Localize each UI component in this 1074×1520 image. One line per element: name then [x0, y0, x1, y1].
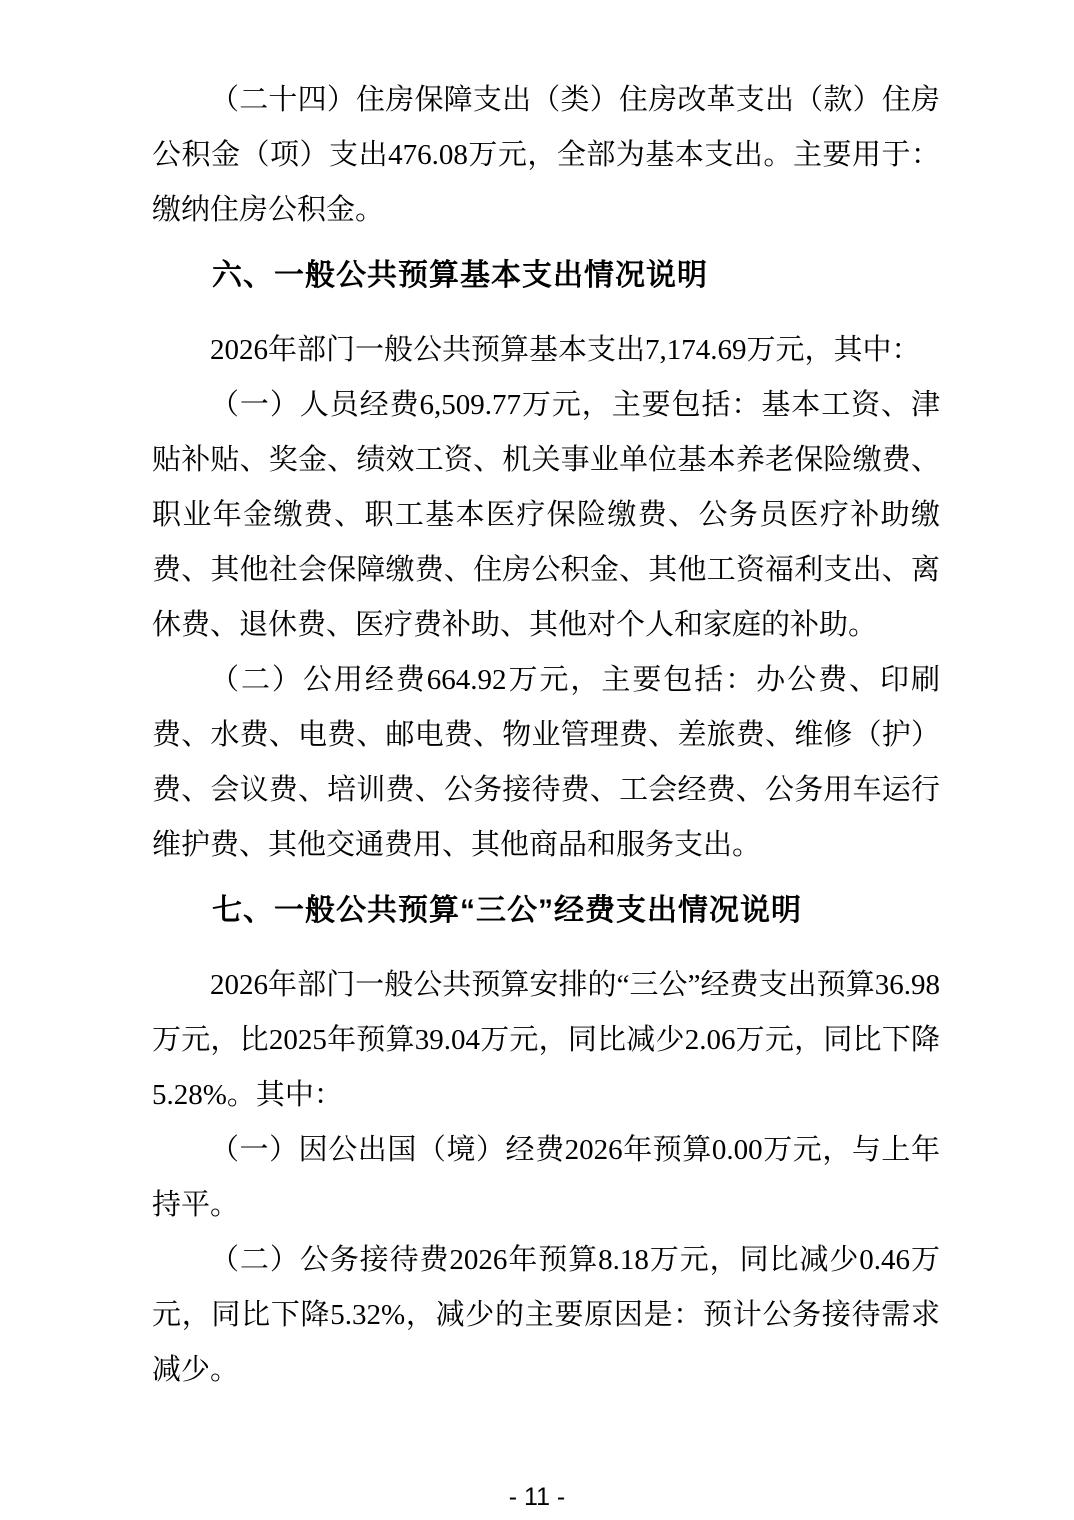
paragraph-basic-expenditure-total: 2026年部门一般公共预算基本支出7,174.69万元，其中： — [152, 323, 940, 378]
paragraph-personnel-funds: （一）人员经费6,509.77万元，主要包括：基本工资、津贴补贴、奖金、绩效工资… — [152, 378, 940, 653]
paragraph-public-funds: （二）公用经费664.92万元，主要包括：办公费、印刷费、水费、电费、邮电费、物… — [152, 653, 940, 873]
heading-section-7-three-public-funds: 七、一般公共预算“三公”经费支出情况说明 — [152, 883, 940, 938]
paragraph-housing-security-expenditure: （二十四）住房保障支出（类）住房改革支出（款）住房公积金（项）支出476.08万… — [152, 73, 940, 238]
page-number: - 11 - — [0, 1483, 1074, 1512]
paragraph-overseas-travel-funds: （一）因公出国（境）经费2026年预算0.00万元，与上年持平。 — [152, 1123, 940, 1233]
paragraph-official-reception-funds: （二）公务接待费2026年预算8.18万元，同比减少0.46万元，同比下降5.3… — [152, 1233, 940, 1398]
document-page: （二十四）住房保障支出（类）住房改革支出（款）住房公积金（项）支出476.08万… — [0, 0, 1074, 1520]
paragraph-three-public-budget-total: 2026年部门一般公共预算安排的“三公”经费支出预算36.98万元，比2025年… — [152, 958, 940, 1123]
heading-section-6-basic-expenditure: 六、一般公共预算基本支出情况说明 — [152, 248, 940, 303]
